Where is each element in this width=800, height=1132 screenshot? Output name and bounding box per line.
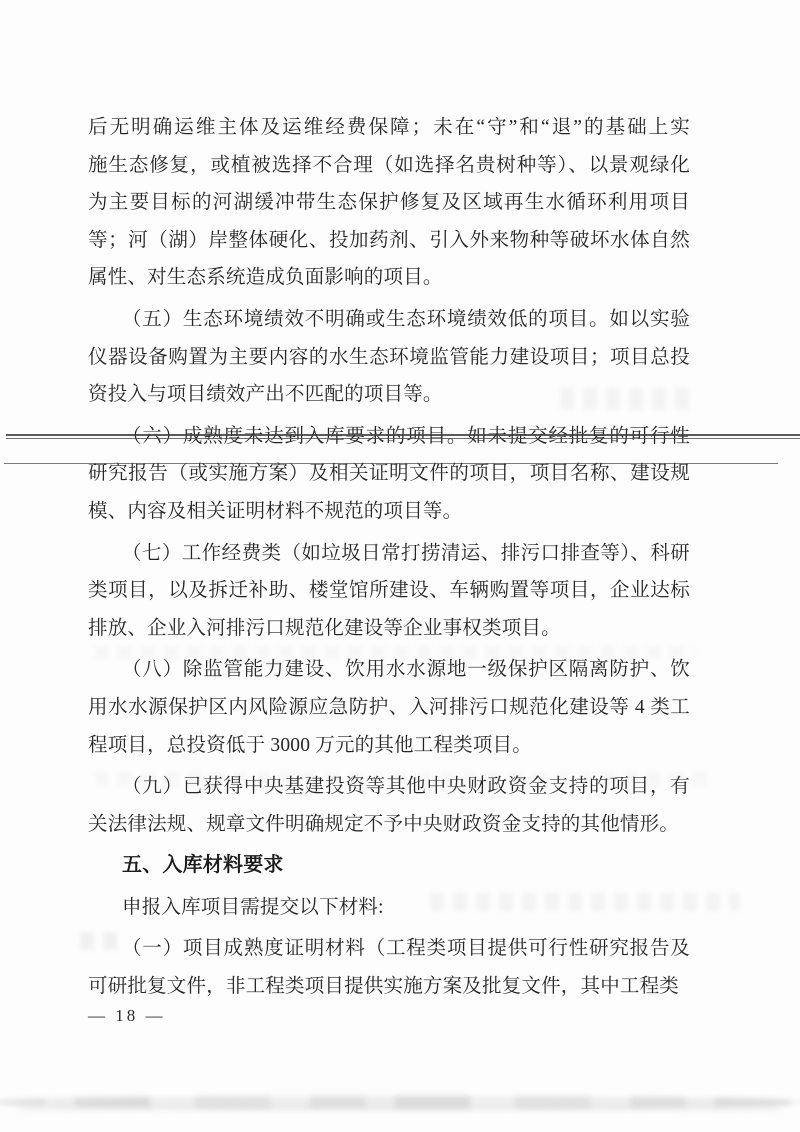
- text-line: 模、内容及相关证明材料不规范的项目等。: [88, 493, 690, 531]
- text-line: 五、入库材料要求: [88, 847, 690, 885]
- text-line: （一）项目成熟度证明材料（工程类项目提供可行性研究报告及: [88, 930, 690, 968]
- paragraph: 申报入库项目需提交以下材料:: [88, 889, 690, 927]
- page-edge-shadow-line: [20, 1104, 780, 1109]
- page-number: — 18 —: [88, 1006, 166, 1026]
- paragraph: （七）工作经费类（如垃圾日常打捞清运、排污口排查等）、科研类项目，以及拆迁补助、…: [88, 535, 690, 648]
- paragraph: 后无明确运维主体及运维经费保障；未在“守”和“退”的基础上实施生态修复，或植被选…: [88, 109, 690, 297]
- text-line: 后无明确运维主体及运维经费保障；未在“守”和“退”的基础上实: [88, 109, 690, 147]
- text-line: 申报入库项目需提交以下材料:: [88, 889, 690, 927]
- paragraph: （五）生态环境绩效不明确或生态环境绩效低的项目。如以实验仪器设备购置为主要内容的…: [88, 301, 690, 414]
- paragraph: （八）除监管能力建设、饮用水水源地一级保护区隔离防护、饮用水水源保护区内风险源应…: [88, 651, 690, 764]
- text-line: 等；河（湖）岸整体硬化、投加药剂、引入外来物种等破坏水体自然: [88, 222, 690, 260]
- section-heading: 五、入库材料要求: [88, 847, 690, 885]
- text-line: 用水水源保护区内风险源应急防护、入河排污口规范化建设等 4 类工: [88, 689, 690, 727]
- paragraph: （六）成熟度未达到入库要求的项目。如未提交经批复的可行性研究报告（或实施方案）及…: [88, 418, 690, 531]
- text-line: 资投入与项目绩效产出不匹配的项目等。: [88, 376, 690, 414]
- paragraph: （一）项目成熟度证明材料（工程类项目提供可行性研究报告及可研批复文件，非工程类项…: [88, 930, 690, 1005]
- text-line: 程项目，总投资低于 3000 万元的其他工程类项目。: [88, 727, 690, 765]
- text-line: 类项目，以及拆迁补助、楼堂馆所建设、车辆购置等项目，企业达标: [88, 572, 690, 610]
- paragraph: （九）已获得中央基建投资等其他中央财政资金支持的项目，有关法律法规、规章文件明确…: [88, 768, 690, 843]
- page-edge-shadow: [0, 1096, 800, 1109]
- text-line: （六）成熟度未达到入库要求的项目。如未提交经批复的可行性: [88, 418, 690, 456]
- text-line: 排放、企业入河排污口规范化建设等企业事权类项目。: [88, 610, 690, 648]
- text-line: 关法律法规、规章文件明确规定不予中央财政资金支持的其他情形。: [88, 806, 690, 844]
- text-line: （九）已获得中央基建投资等其他中央财政资金支持的项目，有: [88, 768, 690, 806]
- text-line: 施生态修复，或植被选择不合理（如选择名贵树种等）、以景观绿化: [88, 147, 690, 185]
- text-line: 可研批复文件，非工程类项目提供实施方案及批复文件，其中工程类: [88, 968, 690, 1006]
- text-line: 研究报告（或实施方案）及相关证明文件的项目，项目名称、建设规: [88, 455, 690, 493]
- text-line: （八）除监管能力建设、饮用水水源地一级保护区隔离防护、饮: [88, 651, 690, 689]
- text-line: 仪器设备购置为主要内容的水生态环境监管能力建设项目；项目总投: [88, 339, 690, 377]
- text-line: （五）生态环境绩效不明确或生态环境绩效低的项目。如以实验: [88, 301, 690, 339]
- text-line: （七）工作经费类（如垃圾日常打捞清运、排污口排查等）、科研: [88, 535, 690, 573]
- document-body: 后无明确运维主体及运维经费保障；未在“守”和“退”的基础上实施生态修复，或植被选…: [88, 109, 690, 1010]
- document-page: 后无明确运维主体及运维经费保障；未在“守”和“退”的基础上实施生态修复，或植被选…: [0, 0, 800, 1132]
- text-line: 为主要目标的河湖缓冲带生态保护修复及区域再生水循环利用项目: [88, 184, 690, 222]
- text-line: 属性、对生态系统造成负面影响的项目。: [88, 259, 690, 297]
